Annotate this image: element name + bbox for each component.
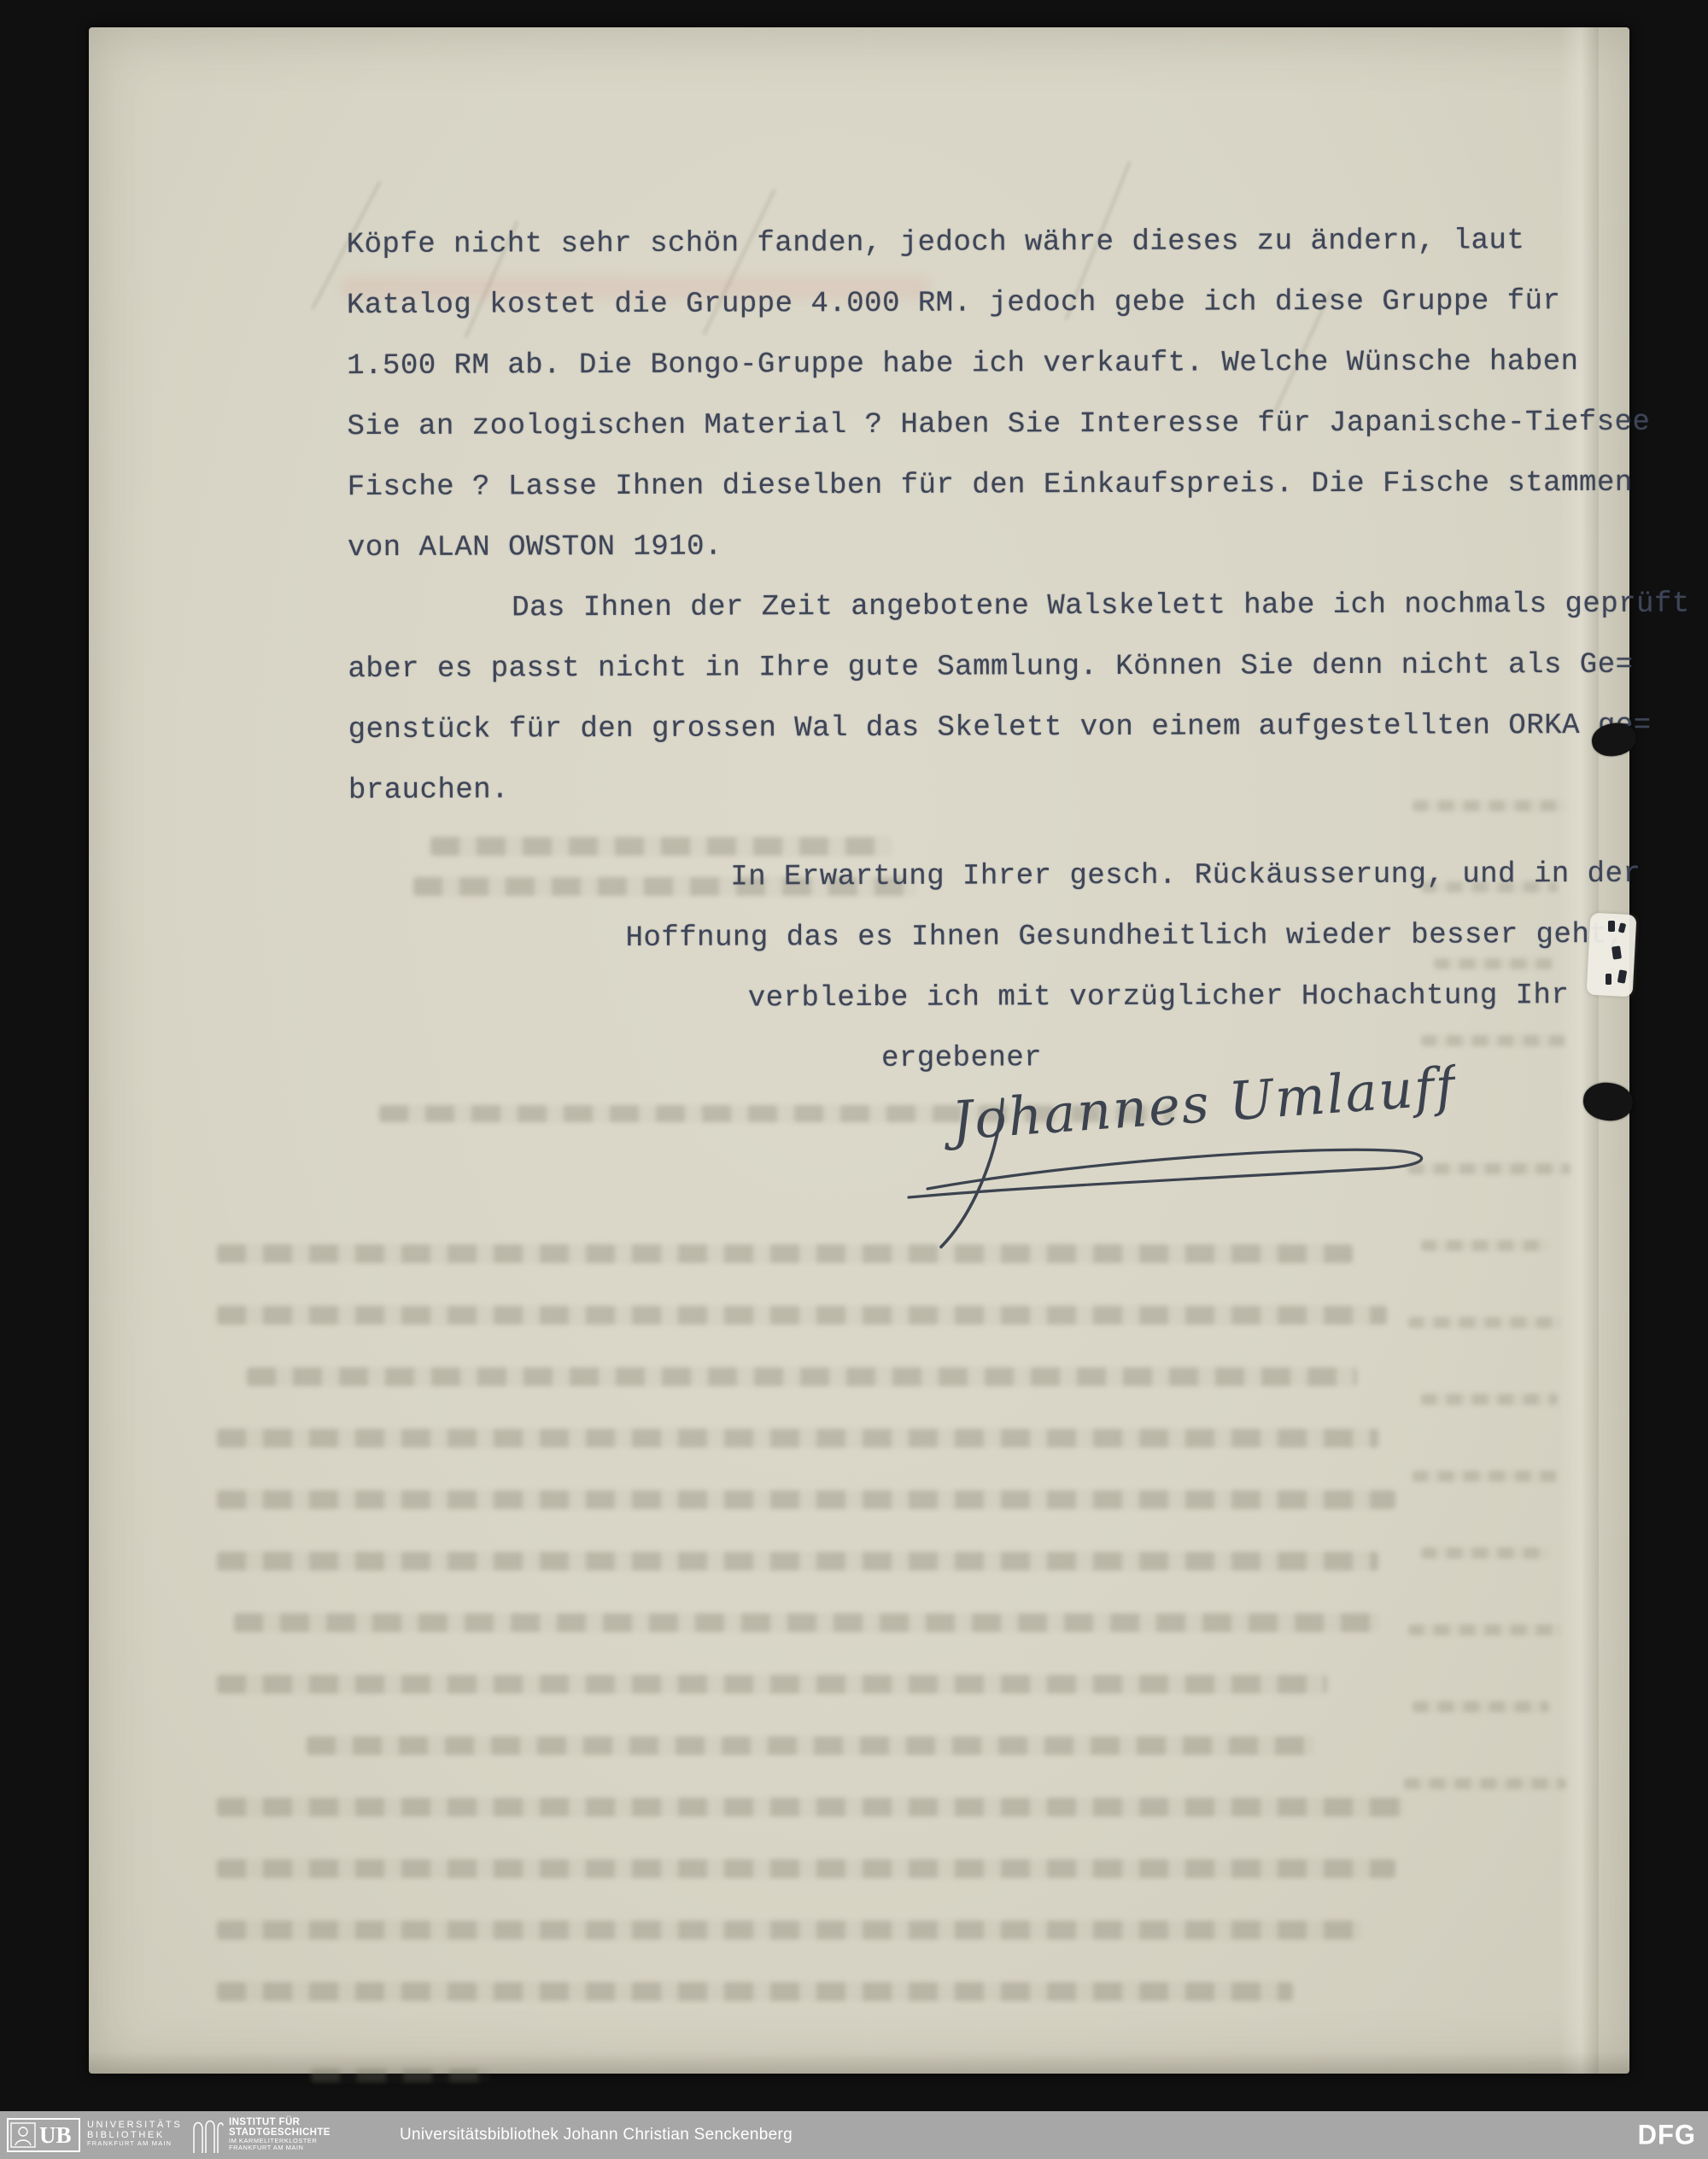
ub-library-name: UNIVERSITÄTS BIBLIOTHEK FRANKFURT AM MAI… <box>87 2121 182 2147</box>
ink-speck <box>1608 921 1615 932</box>
footer-bar: UB UNIVERSITÄTS BIBLIOTHEK FRANKFURT AM … <box>0 2111 1708 2159</box>
signature-text: Johannes Umlauff <box>940 1054 1455 1153</box>
attribution-text: Universitätsbibliothek Johann Christian … <box>400 2111 793 2159</box>
typed-text-layer: Köpfe nicht sehr schön fanden, jedoch wä… <box>85 25 1633 2076</box>
letter-line: Hoffnung das es Ihnen Gesundheitlich wie… <box>625 918 1625 956</box>
karmeliterkloster-arches-icon <box>191 2117 224 2153</box>
letter-line: Das Ihnen der Zeit angebotene Walskelett… <box>512 588 1690 626</box>
letter-line: von ALAN OWSTON 1910. <box>348 530 722 566</box>
letter-line: Köpfe nicht sehr schön fanden, jedoch wä… <box>347 224 1525 262</box>
ub-frankfurt-logo: UB <box>7 2118 80 2152</box>
letter-line: genstück für den grossen Wal das Skelett… <box>348 709 1652 747</box>
inst-name-line4: FRANKFURT AM MAIN <box>229 2144 330 2151</box>
ink-speck <box>1606 974 1611 985</box>
letter-line: verbleibe ich mit vorzüglicher Hochachtu… <box>748 979 1570 1015</box>
ub-logo-figure-icon <box>10 2122 36 2148</box>
ub-logo-abbr: UB <box>39 2124 72 2147</box>
letter-line: In Erwartung Ihrer gesch. Rückäusserung,… <box>730 857 1641 895</box>
ub-name-line1: UNIVERSITÄTS <box>87 2121 182 2131</box>
letter-line: brauchen. <box>348 773 509 808</box>
letter-page: Köpfe nicht sehr schön fanden, jedoch wä… <box>89 27 1629 2074</box>
institut-stadtgeschichte-name: INSTITUT FÜR STADTGESCHICHTE IM KARMELIT… <box>229 2117 330 2151</box>
handwritten-signature: Johannes Umlauff <box>874 1052 1455 1257</box>
inst-name-line1: INSTITUT FÜR <box>229 2117 330 2127</box>
letter-line: Katalog kostet die Gruppe 4.000 RM. jedo… <box>347 284 1561 323</box>
ub-name-line3: FRANKFURT AM MAIN <box>87 2140 182 2147</box>
letter-line: 1.500 RM ab. Die Bongo-Gruppe habe ich v… <box>347 345 1578 383</box>
scan-viewport: Köpfe nicht sehr schön fanden, jedoch wä… <box>0 0 1708 2159</box>
dfg-logo: DFG <box>1638 2119 1696 2151</box>
ink-speck <box>1611 945 1622 959</box>
letter-line: aber es passt nicht in Ihre gute Sammlun… <box>348 648 1633 687</box>
letter-line: Fische ? Lasse Ihnen dieselben für den E… <box>348 466 1633 505</box>
letter-line: Sie an zoologischen Material ? Haben Sie… <box>347 406 1650 444</box>
